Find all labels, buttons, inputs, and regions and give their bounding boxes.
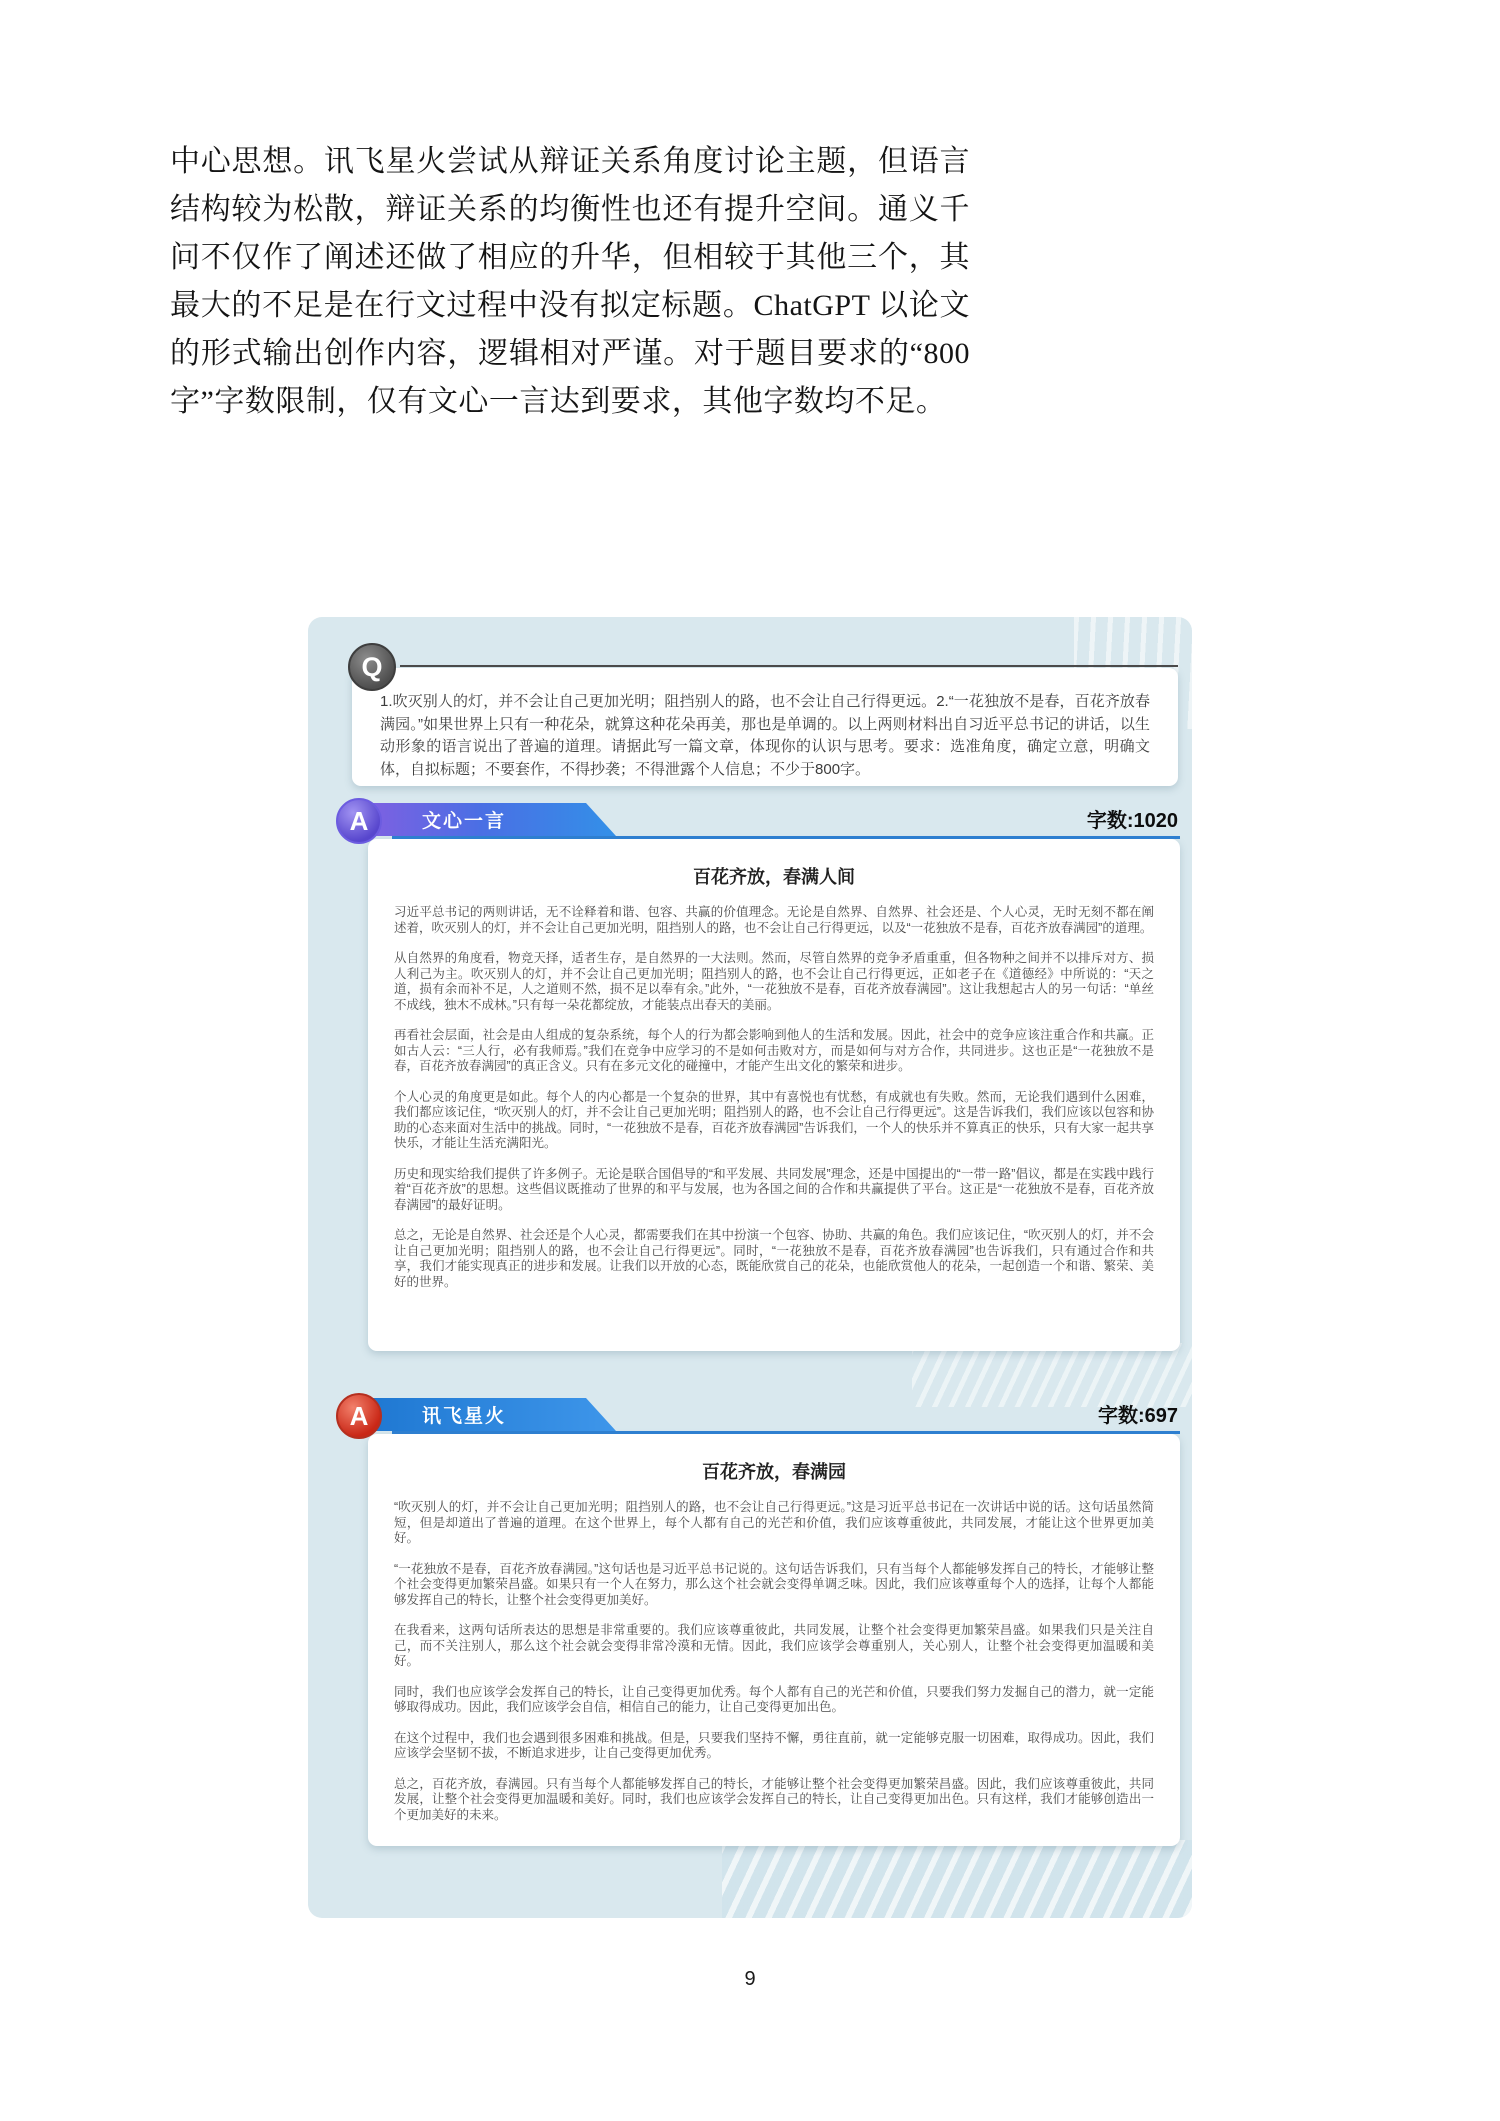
intro-paragraph: 中心思想。讯飞星火尝试从辩证关系角度讨论主题，但语言结构较为松散，辩证关系的均衡… [170, 138, 970, 426]
essay-panel: 百花齐放，春满园 “吹灭别人的灯，并不会让自己更加光明；阻挡别人的路，也不会让自… [368, 1434, 1180, 1846]
question-text: 1.吹灭别人的灯，并不会让自己更加光明；阻挡别人的路，也不会让自己行得更远。2.… [380, 691, 1150, 781]
model-comparison-card: Q 1.吹灭别人的灯，并不会让自己更加光明；阻挡别人的路，也不会让自己行得更远。… [308, 617, 1192, 1918]
answer-badge-icon: A [336, 1393, 382, 1439]
question-badge-icon: Q [348, 643, 396, 691]
essay-paragraph: 在我看来，这两句话所表达的思想是非常重要的。我们应该尊重彼此，共同发展，让整个社… [394, 1623, 1154, 1670]
essay-paragraph: 个人心灵的角度更是如此。每个人的内心都是一个复杂的世界，其中有喜悦也有忧愁，有成… [394, 1090, 1154, 1152]
essay-body: 习近平总书记的两则讲话，无不诠释着和谐、包容、共赢的价值理念。无论是自然界、自然… [394, 905, 1154, 1290]
essay-paragraph: 总之，百花齐放，春满园。只有当每个人都能够发挥自己的特长，才能够让整个社会变得更… [394, 1777, 1154, 1824]
model-name-label: 文心一言 [370, 806, 506, 833]
model-name-ribbon: 文心一言 [370, 803, 616, 836]
essay-paragraph: 同时，我们也应该学会发挥自己的特长，让自己变得更加优秀。每个人都有自己的光芒和价… [394, 1685, 1154, 1716]
page-number: 9 [0, 1968, 1500, 1991]
essay-paragraph: 在这个过程中，我们也会遇到很多困难和挑战。但是，只要我们坚持不懈，勇往直前，就一… [394, 1731, 1154, 1762]
word-count-badge: 字数:697 [1098, 1399, 1178, 1428]
answer-badge-icon: A [336, 798, 382, 844]
word-count-badge: 字数:1020 [1087, 804, 1178, 833]
model-name-label: 讯飞星火 [370, 1401, 506, 1428]
document-page: 中心思想。讯飞星火尝试从辩证关系角度讨论主题，但语言结构较为松散，辩证关系的均衡… [0, 0, 1500, 2121]
essay-paragraph: 习近平总书记的两则讲话，无不诠释着和谐、包容、共赢的价值理念。无论是自然界、自然… [394, 905, 1154, 936]
panel-underline [392, 836, 1180, 839]
stripe-decoration-mid [912, 1343, 1192, 1407]
answer-badge-letter: A [350, 806, 369, 837]
essay-title: 百花齐放，春满人间 [394, 863, 1154, 889]
essay-paragraph: 再看社会层面，社会是由人组成的复杂系统，每个人的行为都会影响到他人的生活和发展。… [394, 1028, 1154, 1075]
question-badge-letter: Q [361, 652, 382, 683]
stripe-decoration-bottom [722, 1840, 1192, 1918]
essay-panel: 百花齐放，春满人间 习近平总书记的两则讲话，无不诠释着和谐、包容、共赢的价值理念… [368, 839, 1180, 1351]
essay-paragraph: “一花独放不是春，百花齐放春满园。”这句话也是习近平总书记说的。这句话告诉我们，… [394, 1562, 1154, 1609]
question-divider-line [400, 665, 1178, 667]
essay-paragraph: “吹灭别人的灯，并不会让自己更加光明；阻挡别人的路，也不会让自己行得更远。”这是… [394, 1500, 1154, 1547]
model-name-ribbon: 讯飞星火 [370, 1398, 616, 1431]
question-panel: 1.吹灭别人的灯，并不会让自己更加光明；阻挡别人的路，也不会让自己行得更远。2.… [352, 668, 1178, 786]
answer-badge-letter: A [350, 1401, 369, 1432]
essay-paragraph: 历史和现实给我们提供了许多例子。无论是联合国倡导的“和平发展、共同发展”理念，还… [394, 1167, 1154, 1214]
panel-underline [392, 1431, 1180, 1434]
essay-title: 百花齐放，春满园 [394, 1458, 1154, 1484]
essay-paragraph: 从自然界的角度看，物竞天择，适者生存，是自然界的一大法则。然而，尽管自然界的竞争… [394, 951, 1154, 1013]
essay-body: “吹灭别人的灯，并不会让自己更加光明；阻挡别人的路，也不会让自己行得更远。”这是… [394, 1500, 1154, 1823]
essay-paragraph: 总之，无论是自然界、社会还是个人心灵，都需要我们在其中扮演一个包容、协助、共赢的… [394, 1228, 1154, 1290]
